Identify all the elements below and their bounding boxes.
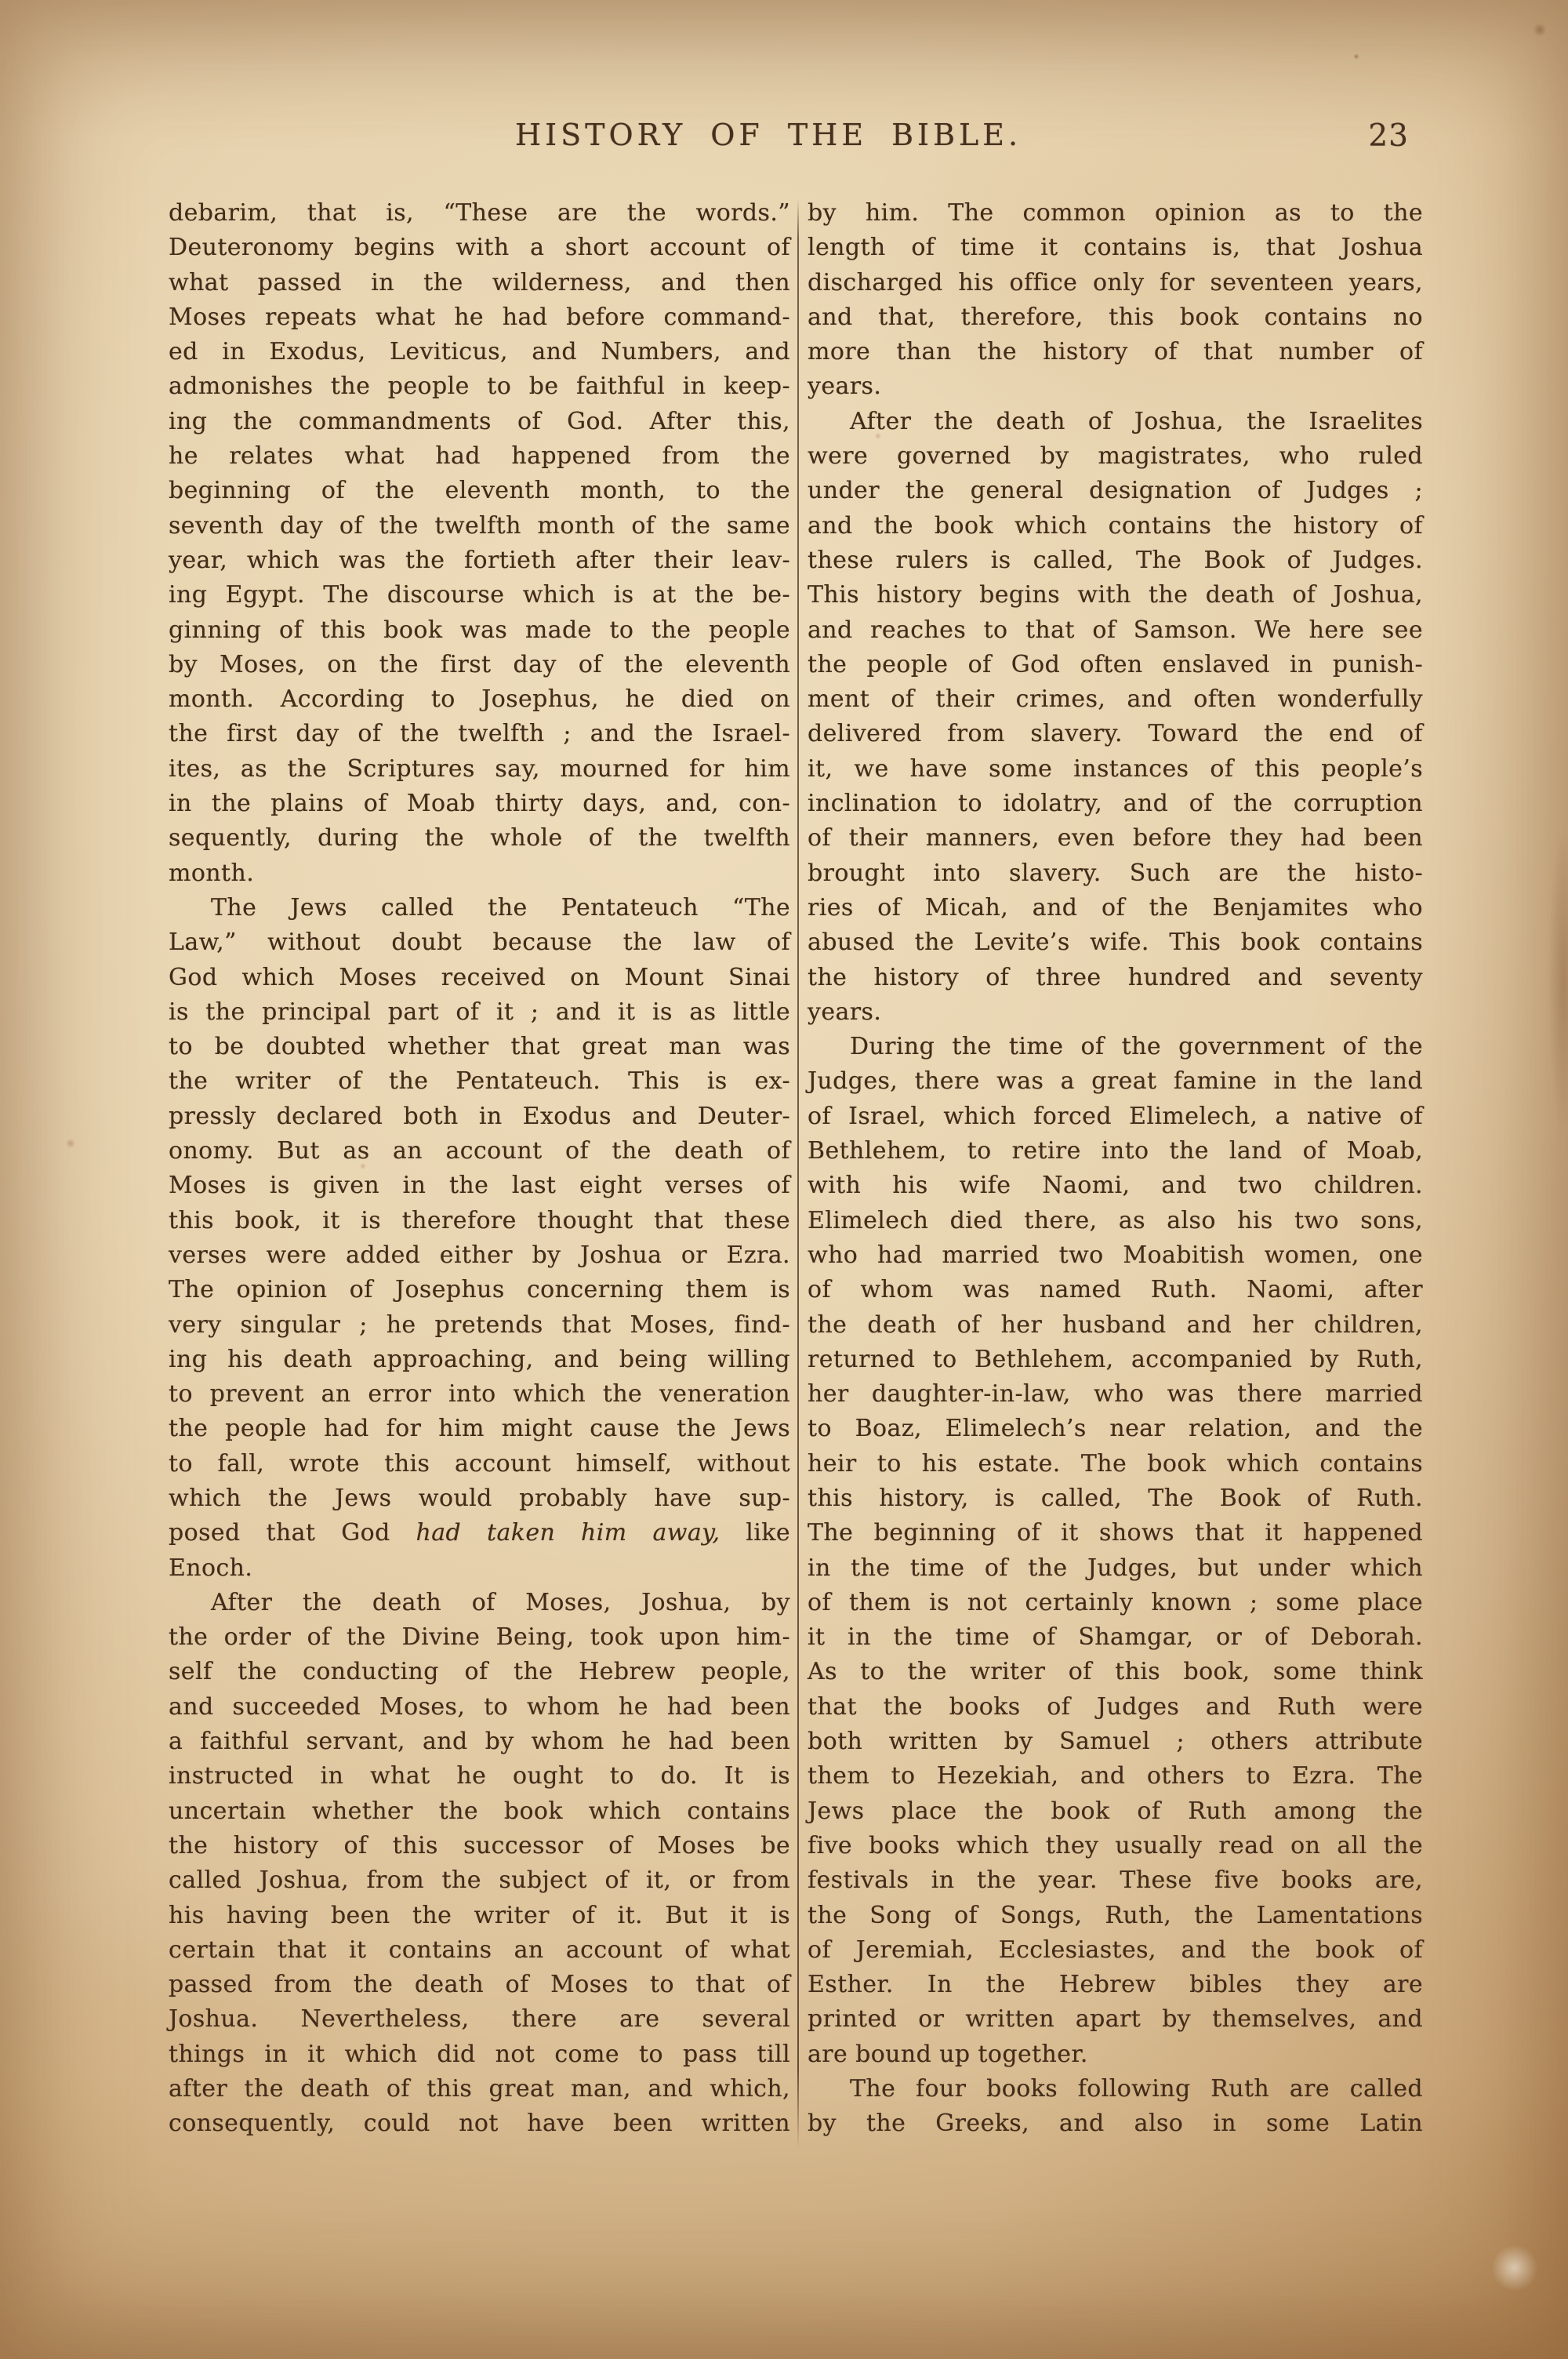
text-segment: the first day of the twelfth ; and the I… [169, 720, 790, 747]
text-segment: after the death of this great man, and w… [169, 2075, 790, 2103]
text-line: it, we have some instances of this peopl… [808, 752, 1423, 787]
text-line: ing the commandments of God. After this, [169, 405, 790, 439]
text-line: uncertain whether the book which contain… [169, 1794, 790, 1829]
text-line: onomy. But as an account of the death of [169, 1134, 790, 1169]
text-line: very singular ; he pretends that Moses, … [169, 1308, 790, 1343]
text-segment: instructed in what he ought to do. It is [169, 1762, 790, 1790]
text-line: Judges, there was a great famine in the … [808, 1064, 1423, 1099]
text-line: The beginning of it shows that it happen… [808, 1516, 1423, 1550]
text-columns: debarim, that is, “These are the words.”… [169, 196, 1423, 2149]
text-segment: After the death of Joshua, the Israelite… [850, 408, 1423, 435]
text-line: Moses is given in the last eight verses … [169, 1169, 790, 1203]
text-line: he relates what had happened from the [169, 439, 790, 474]
text-segment: certain that it contains an account of w… [169, 1936, 790, 1964]
text-segment: of them is not certainly known ; some pl… [808, 1589, 1423, 1616]
text-line: the history of this successor of Moses b… [169, 1829, 790, 1863]
text-line: self the conducting of the Hebrew people… [169, 1655, 790, 1689]
text-line: and that, therefore, this book contains … [808, 300, 1423, 335]
text-line: the Song of Songs, Ruth, the Lamentation… [808, 1899, 1423, 1933]
text-line: month. [169, 856, 790, 891]
text-segment: Joshua. Nevertheless, there are several [169, 2005, 790, 2033]
text-segment: ing Egypt. The discourse which is at the… [169, 581, 790, 609]
text-segment: ites, as the Scriptures say, mourned for… [169, 755, 790, 783]
text-segment: delivered from slavery. Toward the end o… [808, 720, 1423, 747]
text-line: five books which they usually read on al… [808, 1829, 1423, 1863]
text-segment: length of time it contains is, that Josh… [808, 234, 1423, 261]
text-segment: and succeeded Moses, to whom he had been [169, 1693, 790, 1721]
text-line: of them is not certainly known ; some pl… [808, 1586, 1423, 1620]
text-segment: of whom was named Ruth. Naomi, after [808, 1276, 1423, 1303]
text-line: Joshua. Nevertheless, there are several [169, 2002, 790, 2037]
text-line: what passed in the wilderness, and then [169, 266, 790, 300]
text-line: posed that God had taken him away, like [169, 1516, 790, 1550]
text-segment: verses were added either by Joshua or Ez… [169, 1241, 790, 1269]
text-segment: ginning of this book was made to the peo… [169, 616, 790, 644]
text-line: that the books of Judges and Ruth were [808, 1690, 1423, 1725]
text-segment: to prevent an error into which the vener… [169, 1380, 790, 1408]
text-segment: ries of Micah, and of the Benjamites who [808, 894, 1423, 921]
text-segment: The opinion of Josephus concerning them … [169, 1276, 790, 1303]
italic-phrase: had taken him away, [416, 1519, 720, 1547]
text-segment: by him. The common opinion as to the [808, 199, 1423, 227]
text-segment: by Moses, on the first day of the eleven… [169, 651, 790, 678]
page-header: HISTORY OF THE BIBLE. 23 [169, 118, 1423, 160]
text-line: Law,” without doubt because the law of [169, 925, 790, 960]
text-line: of Israel, which forced Elimelech, a nat… [808, 1100, 1423, 1134]
text-line: Esther. In the Hebrew bibles they are [808, 1968, 1423, 2002]
text-line: in the plains of Moab thirty days, and, … [169, 787, 790, 821]
text-segment: self the conducting of the Hebrew people… [169, 1658, 790, 1685]
text-line: God which Moses received on Mount Sinai [169, 961, 790, 995]
text-line: instructed in what he ought to do. It is [169, 1759, 790, 1794]
text-line: ginning of this book was made to the peo… [169, 613, 790, 648]
text-segment: Enoch. [169, 1554, 252, 1582]
text-line: delivered from slavery. Toward the end o… [808, 717, 1423, 751]
text-segment: inclination to idolatry, and of the corr… [808, 790, 1423, 817]
text-segment: onomy. But as an account of the death of [169, 1137, 790, 1165]
text-segment: Judges, there was a great famine in the … [808, 1067, 1423, 1095]
text-line: the first day of the twelfth ; and the I… [169, 717, 790, 751]
text-segment: that the books of Judges and Ruth were [808, 1693, 1423, 1721]
text-segment: and that, therefore, this book contains … [808, 304, 1423, 331]
text-segment: the history of this successor of Moses b… [169, 1832, 790, 1859]
text-segment: consequently, could not have been writte… [169, 2110, 790, 2137]
text-line: festivals in the year. These five books … [808, 1863, 1423, 1898]
text-line: both written by Samuel ; others attribut… [808, 1725, 1423, 1759]
text-line: ites, as the Scriptures say, mourned for… [169, 752, 790, 787]
text-line: of whom was named Ruth. Naomi, after [808, 1273, 1423, 1307]
column-divider-rule [797, 199, 799, 2149]
text-segment: festivals in the year. These five books … [808, 1866, 1423, 1894]
text-segment: Moses is given in the last eight verses … [169, 1172, 790, 1199]
text-segment: Deuteronomy begins with a short account … [169, 234, 790, 261]
text-segment: year, which was the fortieth after their… [169, 547, 790, 574]
text-segment: is the principal part of it ; and it is … [169, 998, 790, 1026]
text-line: a faithful servant, and by whom he had b… [169, 1725, 790, 1759]
text-line: the people had for him might cause the J… [169, 1412, 790, 1446]
text-line: admonishes the people to be faithful in … [169, 369, 790, 404]
text-line: debarim, that is, “These are the words.” [169, 196, 790, 231]
text-segment: things in it which did not come to pass … [169, 2041, 790, 2068]
text-line: Elimelech died there, as also his two so… [808, 1204, 1423, 1238]
text-line: Enoch. [169, 1551, 790, 1586]
text-segment: his having been the writer of it. But it… [169, 1902, 790, 1929]
text-line: heir to his estate. The book which conta… [808, 1447, 1423, 1481]
text-line: The four books following Ruth are called [808, 2072, 1423, 2106]
text-segment: to Boaz, Elimelech’s near relation, and … [808, 1415, 1423, 1442]
text-line: consequently, could not have been writte… [169, 2106, 790, 2141]
text-segment: The four books following Ruth are called [850, 2075, 1423, 2103]
text-segment: who had married two Moabitish women, one [808, 1241, 1423, 1269]
text-segment: years. [808, 373, 881, 400]
text-segment: After the death of Moses, Joshua, by [211, 1589, 790, 1616]
text-line: of Jeremiah, Ecclesiastes, and the book … [808, 1933, 1423, 1968]
page-number: 23 [1368, 118, 1409, 154]
text-segment: debarim, that is, “These are the words.” [169, 199, 790, 227]
text-line: years. [808, 995, 1423, 1030]
text-segment: a faithful servant, and by whom he had b… [169, 1728, 790, 1755]
text-segment: Law,” without doubt because the law of [169, 929, 790, 956]
text-line: inclination to idolatry, and of the corr… [808, 787, 1423, 821]
text-line: abused the Levite’s wife. This book cont… [808, 925, 1423, 960]
text-line: to Boaz, Elimelech’s near relation, and … [808, 1412, 1423, 1446]
text-line: these rulers is called, The Book of Judg… [808, 543, 1423, 578]
text-segment: this book, it is therefore thought that … [169, 1207, 790, 1234]
text-segment: posed that God [169, 1519, 416, 1547]
text-line: Bethlehem, to retire into the land of Mo… [808, 1134, 1423, 1169]
text-segment: The beginning of it shows that it happen… [808, 1519, 1423, 1547]
text-segment: passed from the death of Moses to that o… [169, 1971, 790, 1998]
text-line: to prevent an error into which the vener… [169, 1377, 790, 1412]
text-line: his having been the writer of it. But it… [169, 1899, 790, 1933]
text-segment: to be doubted whether that great man was [169, 1033, 790, 1060]
text-segment: the order of the Divine Being, took upon… [169, 1623, 790, 1651]
text-segment: years. [808, 998, 881, 1026]
text-segment: uncertain whether the book which contain… [169, 1797, 790, 1825]
text-line: are bound up together. [808, 2037, 1423, 2072]
text-segment: ed in Exodus, Leviticus, and Numbers, an… [169, 338, 790, 365]
text-line: the order of the Divine Being, took upon… [169, 1620, 790, 1655]
text-segment: seventh day of the twelfth month of the … [169, 512, 790, 540]
text-line: this history, is called, The Book of Rut… [808, 1481, 1423, 1516]
text-segment: he relates what had happened from the [169, 442, 790, 470]
text-segment: heir to his estate. The book which conta… [808, 1450, 1423, 1478]
text-segment: her daughter-in-law, who was there marri… [808, 1380, 1423, 1408]
text-line: the writer of the Pentateuch. This is ex… [169, 1064, 790, 1099]
text-segment: by the Greeks, and also in some Latin [808, 2110, 1423, 2137]
text-line: in the time of the Judges, but under whi… [808, 1551, 1423, 1586]
text-line: During the time of the government of the [808, 1030, 1423, 1064]
text-line: the death of her husband and her childre… [808, 1308, 1423, 1343]
text-line: ing Egypt. The discourse which is at the… [169, 578, 790, 612]
text-line: brought into slavery. Such are the histo… [808, 856, 1423, 891]
text-line: year, which was the fortieth after their… [169, 543, 790, 578]
text-line: ed in Exodus, Leviticus, and Numbers, an… [169, 335, 790, 369]
text-segment: very singular ; he pretends that Moses, … [169, 1311, 790, 1339]
text-line: and the book which contains the history … [808, 509, 1423, 543]
text-segment: God which Moses received on Mount Sinai [169, 964, 790, 991]
text-line: length of time it contains is, that Josh… [808, 231, 1423, 265]
text-segment: the people of God often enslaved in puni… [808, 651, 1423, 678]
text-line: by the Greeks, and also in some Latin [808, 2106, 1423, 2141]
text-segment: more than the history of that number of [808, 338, 1423, 365]
text-line: ment of their crimes, and often wonderfu… [808, 682, 1423, 717]
text-line: discharged his office only for seventeen… [808, 266, 1423, 300]
book-page: HISTORY OF THE BIBLE. 23 debarim, that i… [0, 0, 1568, 2359]
text-segment: The Jews called the Pentateuch “The [211, 894, 790, 921]
text-segment: During the time of the government of the [850, 1033, 1423, 1060]
text-segment: this history, is called, The Book of Rut… [808, 1485, 1423, 1512]
text-line: pressly declared both in Exodus and Deut… [169, 1100, 790, 1134]
text-line: certain that it contains an account of w… [169, 1933, 790, 1968]
text-segment: the history of three hundred and seventy [808, 964, 1423, 991]
text-segment: like [720, 1519, 790, 1547]
text-line: This history begins with the death of Jo… [808, 578, 1423, 612]
text-segment: This history begins with the death of Jo… [808, 581, 1423, 609]
text-segment: under the general designation of Judges … [808, 477, 1423, 504]
text-segment: Bethlehem, to retire into the land of Mo… [808, 1137, 1423, 1165]
text-segment: ing the commandments of God. After this, [169, 408, 790, 435]
text-segment: five books which they usually read on al… [808, 1832, 1423, 1859]
text-segment: of their manners, even before they had b… [808, 824, 1423, 852]
text-line: and reaches to that of Samson. We here s… [808, 613, 1423, 648]
text-line: verses were added either by Joshua or Ez… [169, 1238, 790, 1273]
text-segment: and the book which contains the history … [808, 512, 1423, 540]
text-segment: Moses repeats what he had before command… [169, 304, 790, 331]
text-line: by him. The common opinion as to the [808, 196, 1423, 231]
text-line: of their manners, even before they had b… [808, 821, 1423, 856]
text-line: the history of three hundred and seventy [808, 961, 1423, 995]
text-segment: pressly declared both in Exodus and Deut… [169, 1103, 790, 1130]
text-line: The opinion of Josephus concerning them … [169, 1273, 790, 1307]
text-segment: brought into slavery. Such are the histo… [808, 860, 1423, 887]
text-segment: printed or written apart by themselves, … [808, 2005, 1423, 2033]
text-line: by Moses, on the first day of the eleven… [169, 648, 790, 682]
text-line: after the death of this great man, and w… [169, 2072, 790, 2106]
text-segment: called Joshua, from the subject of it, o… [169, 1866, 790, 1894]
text-segment: admonishes the people to be faithful in … [169, 373, 790, 400]
text-line: things in it which did not come to pass … [169, 2037, 790, 2072]
text-segment: beginning of the eleventh month, to the [169, 477, 790, 504]
text-segment: in the time of the Judges, but under whi… [808, 1554, 1423, 1582]
text-segment: the death of her husband and her childre… [808, 1311, 1423, 1339]
text-line: with his wife Naomi, and two children. [808, 1169, 1423, 1203]
text-segment: what passed in the wilderness, and then [169, 269, 790, 296]
text-segment: of Jeremiah, Ecclesiastes, and the book … [808, 1936, 1423, 1964]
text-line: is the principal part of it ; and it is … [169, 995, 790, 1030]
text-line: this book, it is therefore thought that … [169, 1204, 790, 1238]
text-segment: Jews place the book of Ruth among the [808, 1797, 1423, 1825]
text-segment: were governed by magistrates, who ruled [808, 442, 1423, 470]
text-segment: to fall, wrote this account himself, wit… [169, 1450, 790, 1478]
text-line: it in the time of Shamgar, or of Deborah… [808, 1620, 1423, 1655]
text-segment: the people had for him might cause the J… [169, 1415, 790, 1442]
text-line: The Jews called the Pentateuch “The [169, 891, 790, 925]
text-line: month. According to Josephus, he died on [169, 682, 790, 717]
text-line: Deuteronomy begins with a short account … [169, 231, 790, 265]
text-segment: discharged his office only for seventeen… [808, 269, 1423, 296]
text-line: were governed by magistrates, who ruled [808, 439, 1423, 474]
text-line: which the Jews would probably have sup- [169, 1481, 790, 1516]
text-line: printed or written apart by themselves, … [808, 2002, 1423, 2037]
text-segment: are bound up together. [808, 2041, 1088, 2068]
text-segment: returned to Bethlehem, accompanied by Ru… [808, 1346, 1423, 1373]
text-segment: in the plains of Moab thirty days, and, … [169, 790, 790, 817]
text-line: Moses repeats what he had before command… [169, 300, 790, 335]
text-line: more than the history of that number of [808, 335, 1423, 369]
text-segment: ing his death approaching, and being wil… [169, 1346, 790, 1373]
text-line: passed from the death of Moses to that o… [169, 1968, 790, 2002]
text-line: to fall, wrote this account himself, wit… [169, 1447, 790, 1481]
text-line: years. [808, 369, 1423, 404]
text-line: beginning of the eleventh month, to the [169, 474, 790, 508]
text-line: Jews place the book of Ruth among the [808, 1794, 1423, 1829]
text-line: called Joshua, from the subject of it, o… [169, 1863, 790, 1898]
text-line: sequently, during the whole of the twelf… [169, 821, 790, 856]
right-column-text: by him. The common opinion as to theleng… [808, 196, 1423, 2142]
text-segment: month. [169, 860, 254, 887]
text-segment: the writer of the Pentateuch. This is ex… [169, 1067, 790, 1095]
text-segment: ment of their crimes, and often wonderfu… [808, 685, 1423, 713]
text-segment: Esther. In the Hebrew bibles they are [808, 1971, 1423, 1998]
text-line: returned to Bethlehem, accompanied by Ru… [808, 1343, 1423, 1377]
text-line: and succeeded Moses, to whom he had been [169, 1690, 790, 1725]
text-segment: the Song of Songs, Ruth, the Lamentation… [808, 1902, 1423, 1929]
text-segment: abused the Levite’s wife. This book cont… [808, 929, 1423, 956]
text-line: ing his death approaching, and being wil… [169, 1343, 790, 1377]
text-segment: of Israel, which forced Elimelech, a nat… [808, 1103, 1423, 1130]
text-segment: it, we have some instances of this peopl… [808, 755, 1423, 783]
text-line: who had married two Moabitish women, one [808, 1238, 1423, 1273]
text-segment: Elimelech died there, as also his two so… [808, 1207, 1423, 1234]
text-segment: sequently, during the whole of the twelf… [169, 824, 790, 852]
text-line: After the death of Joshua, the Israelite… [808, 405, 1423, 439]
text-line: to be doubted whether that great man was [169, 1030, 790, 1064]
page-title: HISTORY OF THE BIBLE. [515, 118, 1022, 152]
text-line: her daughter-in-law, who was there marri… [808, 1377, 1423, 1412]
text-line: As to the writer of this book, some thin… [808, 1655, 1423, 1689]
text-line: ries of Micah, and of the Benjamites who [808, 891, 1423, 925]
text-line: under the general designation of Judges … [808, 474, 1423, 508]
left-column-text: debarim, that is, “These are the words.”… [169, 196, 790, 2142]
text-segment: month. According to Josephus, he died on [169, 685, 790, 713]
text-segment: with his wife Naomi, and two children. [808, 1172, 1423, 1199]
text-segment: these rulers is called, The Book of Judg… [808, 547, 1423, 574]
text-segment: it in the time of Shamgar, or of Deborah… [808, 1623, 1423, 1651]
text-segment: them to Hezekiah, and others to Ezra. Th… [808, 1762, 1423, 1790]
text-line: them to Hezekiah, and others to Ezra. Th… [808, 1759, 1423, 1794]
text-segment: and reaches to that of Samson. We here s… [808, 616, 1423, 644]
text-line: seventh day of the twelfth month of the … [169, 509, 790, 543]
text-segment: both written by Samuel ; others attribut… [808, 1728, 1423, 1755]
text-segment: which the Jews would probably have sup- [169, 1485, 790, 1512]
text-line: the people of God often enslaved in puni… [808, 648, 1423, 682]
text-line: After the death of Moses, Joshua, by [169, 1586, 790, 1620]
text-segment: As to the writer of this book, some thin… [808, 1658, 1423, 1685]
